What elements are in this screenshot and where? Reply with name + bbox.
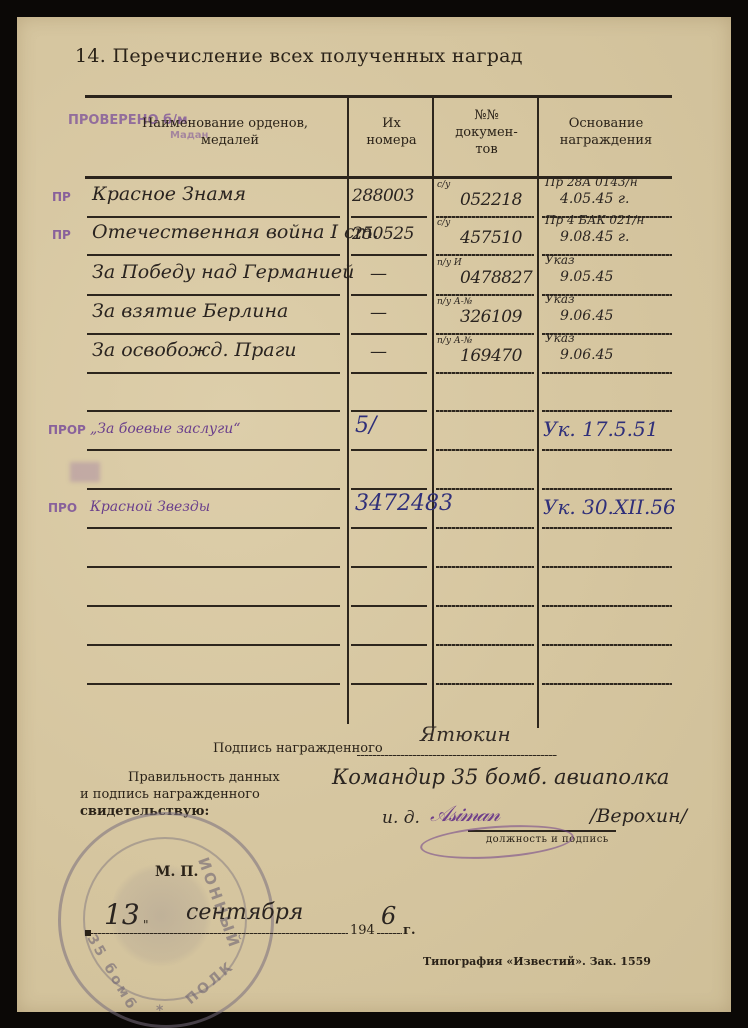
signature-label: Подпись награжденного (213, 741, 383, 756)
award-name: Красной Звезды (90, 499, 210, 515)
header-basis: Основание награждения (540, 115, 672, 149)
award-basis-date: 4.05.45 г. (560, 191, 629, 207)
date-line (90, 933, 348, 934)
row-rule (542, 683, 672, 685)
header-numbers-line2: номера (350, 132, 433, 149)
award-name: За взятие Берлина (92, 300, 288, 322)
award-basis-date: 9.06.45 (560, 347, 613, 363)
header-basis-line2: награждения (540, 132, 672, 149)
signature-line (357, 755, 557, 756)
header-numbers-line1: Их (350, 115, 433, 132)
row-rule (436, 605, 534, 607)
row-rule (436, 333, 534, 335)
commander-position: Командир 35 бомб. авиаполка (332, 765, 669, 789)
header-documents-line3: тов (435, 141, 538, 158)
document-number: 0478827 (460, 268, 532, 288)
row-rule (87, 372, 340, 374)
award-number: — (370, 342, 387, 362)
faded-stamp-mark (70, 462, 100, 482)
row-stamp: ПРО (48, 501, 77, 515)
row-rule (351, 566, 427, 568)
document-prefix: п/у И (437, 258, 462, 268)
award-basis-order: Пр 4 БАК 021/н (545, 213, 644, 227)
award-basis-order: Указ (545, 331, 575, 345)
date-year-line (377, 933, 402, 934)
award-basis-order: Указ (545, 253, 575, 267)
date-day: 13 (104, 898, 140, 931)
row-rule (436, 683, 534, 685)
row-rule (542, 449, 672, 451)
row-rule (351, 294, 427, 296)
row-rule (351, 410, 427, 412)
column-divider (347, 96, 349, 724)
award-number: 288003 (352, 186, 414, 206)
header-award-name-line2: медалей (110, 132, 340, 149)
award-number: 3472483 (355, 491, 453, 516)
row-rule (542, 566, 672, 568)
row-rule (436, 294, 534, 296)
row-rule (351, 216, 427, 218)
row-rule (351, 527, 427, 529)
column-divider (432, 96, 434, 728)
column-divider (537, 96, 539, 728)
award-name: За освобожд. Праги (92, 339, 296, 361)
award-name: Отечественная война I ст. (92, 221, 379, 243)
row-rule (436, 216, 534, 218)
row-rule (436, 449, 534, 451)
row-rule (351, 488, 427, 490)
row-rule (351, 449, 427, 451)
signer-name: /Верохин/ (590, 805, 687, 827)
award-basis-order: Пр 28А 0143/н (545, 175, 638, 189)
row-rule (542, 605, 672, 607)
certification-label-line1: Правильность данных (128, 770, 280, 785)
award-name: За Победу над Германией (92, 261, 354, 283)
award-basis: Ук. 30.XII.56 (543, 495, 676, 519)
row-rule (87, 254, 340, 256)
row-rule (87, 294, 340, 296)
document-number: 457510 (460, 228, 522, 248)
row-rule (87, 333, 340, 335)
row-stamp: ПРОР (48, 423, 86, 437)
header-award-name-line1: Наименование орденов, (110, 115, 340, 132)
date-year-label: г. (403, 923, 416, 938)
row-rule (436, 410, 534, 412)
row-rule (351, 683, 427, 685)
row-rule (542, 410, 672, 412)
award-basis-order: Указ (545, 292, 575, 306)
printer-imprint: Типография «Известий». Зак. 1559 (423, 955, 651, 968)
document-prefix: с/у (437, 180, 450, 190)
award-name: Красное Знамя (92, 183, 246, 205)
signer-prefix: и. д. (382, 808, 420, 828)
row-rule (87, 410, 340, 412)
row-stamp: ПР (52, 228, 71, 242)
commander-signature: 𝒜𝓈𝒾𝓂𝒶𝓃 (430, 802, 498, 827)
row-rule (87, 527, 340, 529)
header-basis-line1: Основание (540, 115, 672, 132)
header-numbers: Их номера (350, 115, 433, 149)
section-title: 14. Перечисление всех полученных наград (75, 45, 523, 67)
row-rule (436, 372, 534, 374)
row-rule (87, 644, 340, 646)
row-rule (436, 527, 534, 529)
document-number: 052218 (460, 190, 522, 210)
award-name: „За боевые заслуги“ (90, 421, 240, 437)
award-number: — (370, 303, 387, 323)
row-rule (351, 372, 427, 374)
table-top-rule (85, 95, 672, 98)
award-number: — (370, 264, 387, 284)
row-rule (87, 488, 340, 490)
row-rule (542, 372, 672, 374)
row-rule (542, 488, 672, 490)
date-year-prefix: 194 (350, 923, 375, 938)
row-rule (87, 605, 340, 607)
row-stamp: ПР (52, 190, 71, 204)
row-rule (436, 644, 534, 646)
awardee-signature: Ятюкин (420, 722, 511, 746)
award-basis: Ук. 17.5.51 (543, 417, 658, 441)
row-rule (87, 566, 340, 568)
header-award-name: Наименование орденов, медалей (110, 115, 340, 149)
row-rule (436, 488, 534, 490)
row-rule (87, 216, 340, 218)
date-day-quote: " (143, 918, 149, 932)
row-rule (542, 644, 672, 646)
row-rule (351, 333, 427, 335)
row-rule (542, 527, 672, 529)
header-documents: №№ докумен- тов (435, 107, 538, 158)
seal-place-label: М. П. (155, 864, 198, 880)
row-rule (87, 449, 340, 451)
document-prefix: с/у (437, 218, 450, 228)
document-prefix: п/у А-№ (437, 336, 472, 346)
header-documents-line2: докумен- (435, 124, 538, 141)
date-year-suffix: 6 (381, 902, 396, 930)
row-rule (87, 683, 340, 685)
row-rule (436, 566, 534, 568)
certification-label-line2: и подпись награжденного (80, 787, 260, 802)
award-basis-date: 9.08.45 г. (560, 229, 629, 245)
row-rule (351, 644, 427, 646)
date-month: сентября (186, 900, 303, 925)
document-number: 326109 (460, 307, 522, 327)
award-basis-date: 9.05.45 (560, 269, 613, 285)
document-prefix: п/у А-№ (437, 297, 472, 307)
seal-star-icon: * (156, 1003, 166, 1019)
document-number: 169470 (460, 346, 522, 366)
row-rule (436, 254, 534, 256)
award-number: 5/ (355, 413, 376, 438)
row-rule (351, 254, 427, 256)
award-basis-date: 9.06.45 (560, 308, 613, 324)
award-number: 250525 (352, 224, 414, 244)
header-documents-line1: №№ (435, 107, 538, 124)
row-rule (351, 605, 427, 607)
